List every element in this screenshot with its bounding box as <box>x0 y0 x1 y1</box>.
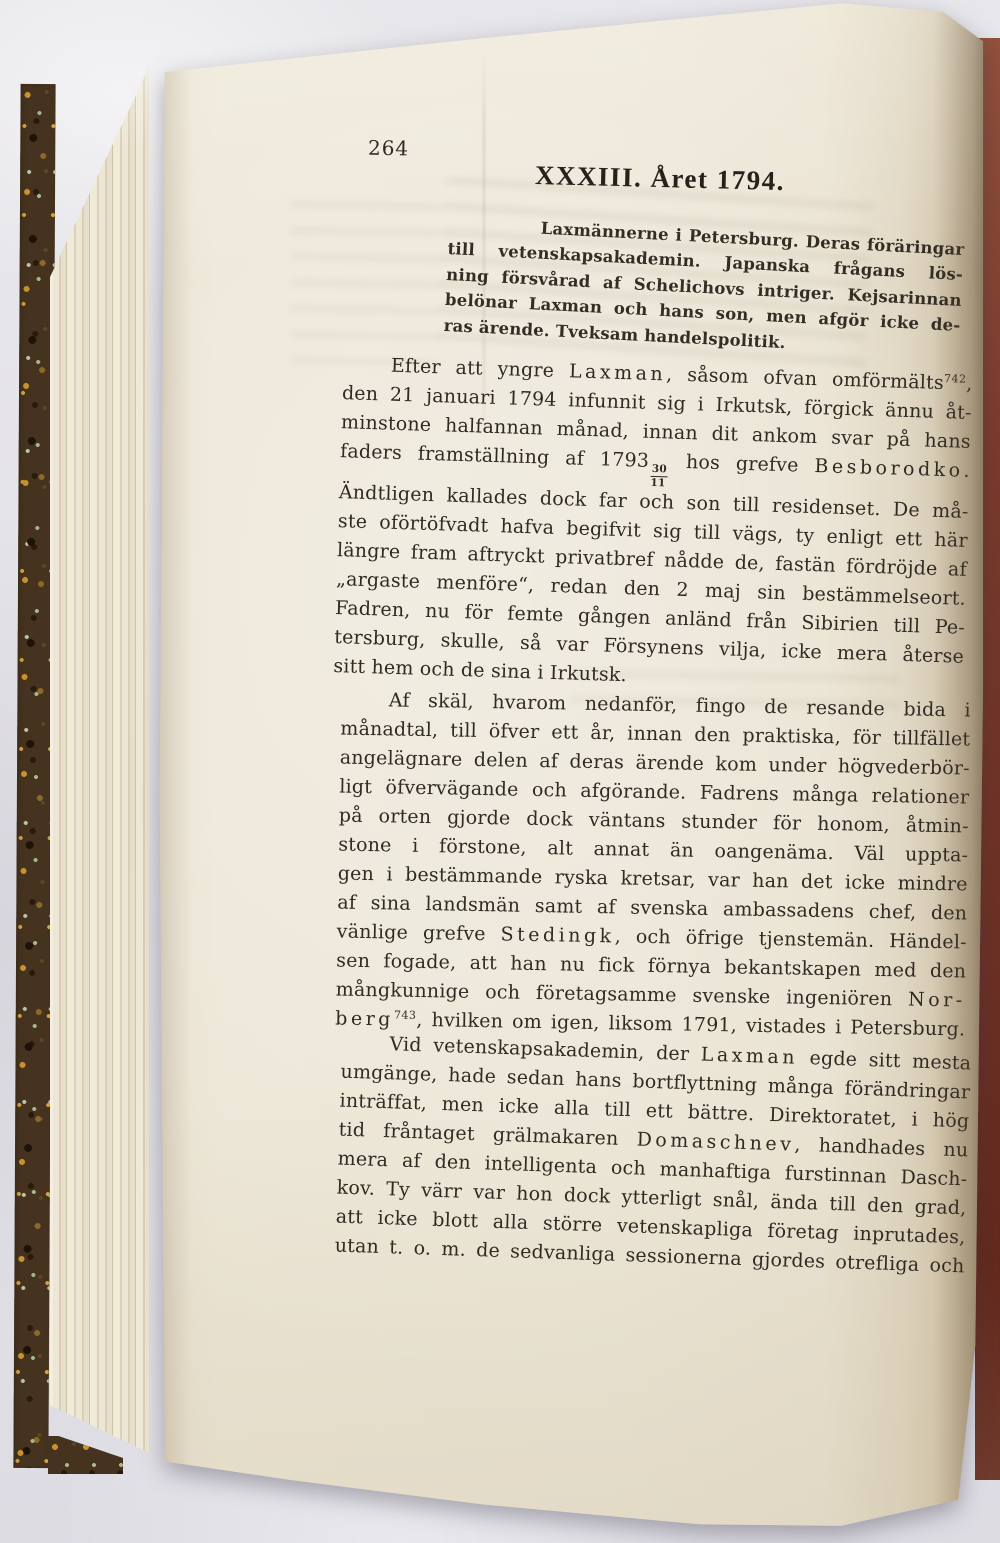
footnote-ref: 743 <box>394 1009 417 1022</box>
body-text: Efter att yngre Laxman, såsom ofvan omfö… <box>338 360 968 1271</box>
letterspaced-name: Domaschnev <box>636 1128 795 1155</box>
paragraph: Vid vetenskapsakademin, der Laxman egde … <box>334 1029 971 1282</box>
paragraph: Af skäl, hvarom nedanför, fingo de resan… <box>335 686 971 1045</box>
book-photo: 264 XXXIII. Året 1794. Laxmännerne i Pet… <box>0 0 1000 1543</box>
book-page: 264 XXXIII. Året 1794. Laxmännerne i Pet… <box>140 0 995 1532</box>
page-stack-fore-edge <box>50 62 149 1467</box>
letterspaced-name: Laxman <box>700 1044 798 1069</box>
page-left-curve-shadow <box>158 0 192 1532</box>
chapter-summary: Laxmännerne i Petersburg. Deras föräring… <box>443 211 965 364</box>
letterspaced-name: Stedingk <box>500 923 614 947</box>
date-fraction: 3011 <box>650 464 668 489</box>
letterspaced-name: Laxman <box>569 360 667 385</box>
gutter-shadow <box>933 0 989 1532</box>
letterspaced-name: berg <box>335 1007 394 1030</box>
book-cover-edge <box>13 84 55 1468</box>
paragraph: Efter att yngre Laxman, såsom ofvan omfö… <box>333 350 973 701</box>
bleed-through-text <box>290 196 440 366</box>
page-shadow-wrapper: 264 XXXIII. Året 1794. Laxmännerne i Pet… <box>140 0 995 1532</box>
